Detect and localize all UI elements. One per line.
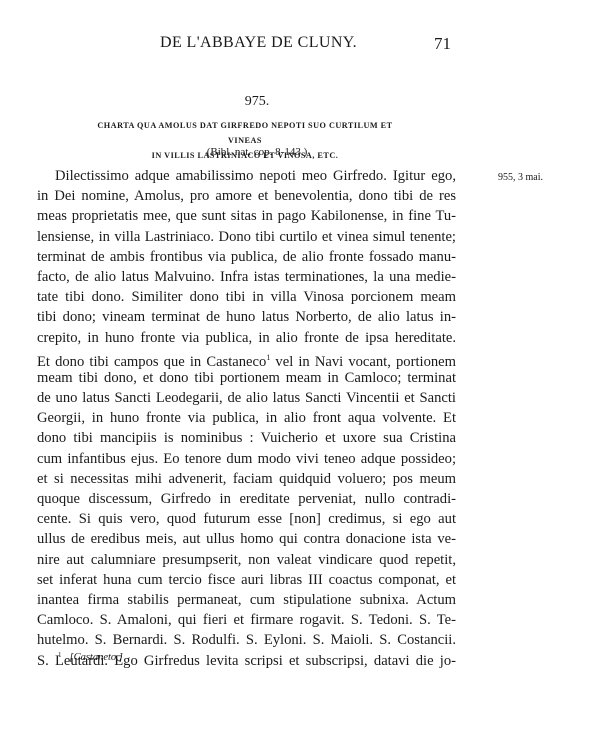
- footnote: 1[Castaneto.]: [58, 651, 123, 663]
- running-head: DE L'ABBAYE DE CLUNY. 71: [0, 34, 590, 56]
- body-line-with-footnote: Et dono tibi campos que in Castaneco1 ve…: [37, 348, 456, 368]
- body-line: de uno latus Sancti Leodegarii, de alio …: [37, 388, 456, 408]
- body-line: hutelmo. S. Bernardi. S. Rodulfi. S. Eyl…: [37, 630, 456, 650]
- page-number: 71: [434, 34, 451, 54]
- body-line: Georgii, in huno fronte via publica, in …: [37, 408, 456, 428]
- body-line: set inferat huna cum tercio fisce auri l…: [37, 570, 456, 590]
- body-line: in Dei nomine, Amolus, pro amore et bene…: [37, 186, 456, 206]
- source-reference: (Bibl. nat. cop. 8-143.): [0, 146, 590, 158]
- body-line: dono tibi mancipiis is nominibus : Vuich…: [37, 428, 456, 448]
- body-line: nire aut calumniare presumpserit, non va…: [37, 550, 456, 570]
- body-line: ullus de eredibus meis, aut ullus homo q…: [37, 529, 456, 549]
- charter-number: 975.: [0, 94, 590, 110]
- body-line: facto, de alio latus Malvuino. Infra ist…: [37, 267, 456, 287]
- body-line: terminat de ambis frontibus via publica,…: [37, 247, 456, 267]
- body-line: tate tibi dono. Similiter dono tibi in v…: [37, 287, 456, 307]
- footnote-text: [Castaneto.]: [70, 652, 123, 663]
- body-line: crepito, in huno fronte via publica, in …: [37, 328, 456, 348]
- body-line: et si necessitas mihi advenerit, faciam …: [37, 469, 456, 489]
- charter-body: Dilectissimo adque amabilissimo nepoti m…: [37, 166, 456, 671]
- charter-heading-line: CHARTA QUA AMOLUS DAT GIRFREDO NEPOTI SU…: [80, 118, 410, 148]
- body-line: meas proprietatis mee, que sunt sitas in…: [37, 206, 456, 226]
- body-line: cum infantibus ejus. Eo tenore dum modo …: [37, 449, 456, 469]
- body-line: inantea firma stabilis permaneat, cum st…: [37, 590, 456, 610]
- footnote-mark: 1: [58, 651, 62, 659]
- margin-date: 955, 3 mai.: [498, 172, 543, 183]
- body-line: cente. Si quis vero, quod futurum esse […: [37, 509, 456, 529]
- body-line: Camloco. S. Amaloni, qui fieri et firmar…: [37, 610, 456, 630]
- body-line: tibi dono; vineam terminat de huno latus…: [37, 307, 456, 327]
- body-line: meam tibi dono, et dono tibi portionem m…: [37, 368, 456, 388]
- body-line: Dilectissimo adque amabilissimo nepoti m…: [37, 166, 456, 186]
- running-title: DE L'ABBAYE DE CLUNY.: [160, 34, 357, 52]
- body-line: quoque discessum, Girfredo in ereditate …: [37, 489, 456, 509]
- body-line: lensiense, in villa Lastriniaco. Dono ti…: [37, 227, 456, 247]
